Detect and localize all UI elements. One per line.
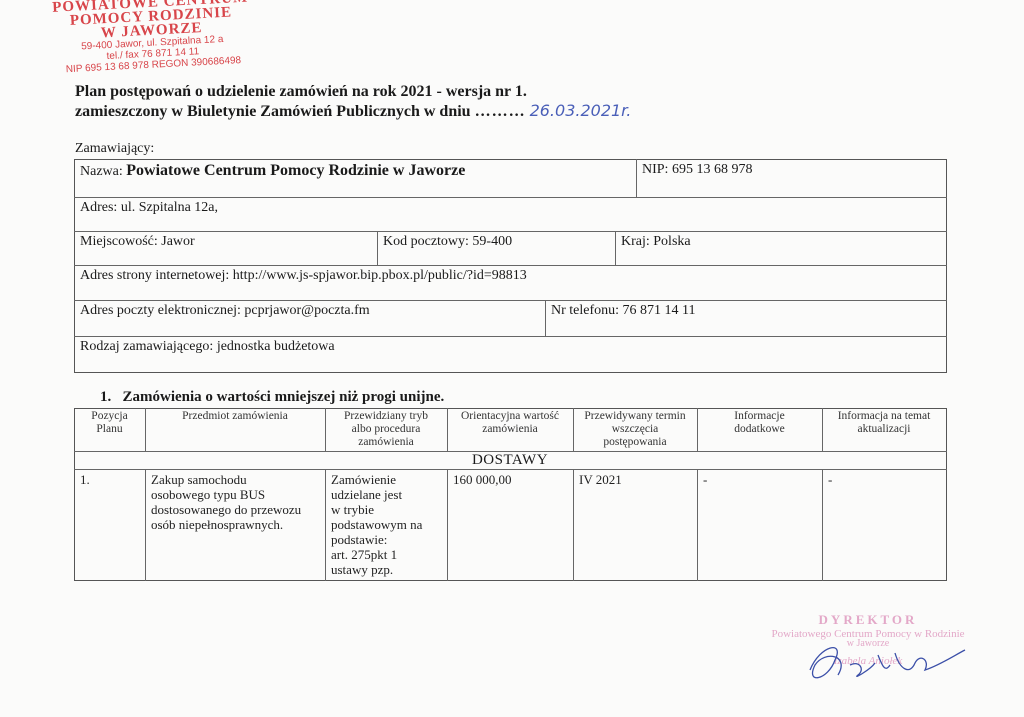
name-value: Powiatowe Centrum Pomocy Rodzinie w Jawo… [126,162,465,179]
cell-additional-info: - [703,472,820,487]
city-field: Miejscowość: Jawor [80,234,195,250]
col-divider [697,469,698,581]
row-divider [74,336,947,337]
address-field: Adres: ul. Szpitalna 12a, [80,200,218,216]
col-divider [447,469,448,581]
institution-stamp: POWIATOWE CENTRUM POMOCY RODZINIE W JAWO… [30,0,274,77]
column-header: Przewidywany termin wszczęcia postępowan… [573,410,697,449]
col-divider [325,469,326,581]
group-divider [74,469,947,470]
date-dots: ……… [475,103,526,120]
title-line-2-text: zamieszczony w Biuletynie Zamówień Publi… [75,103,471,120]
cell-position: 1. [80,472,143,487]
handwritten-signature-icon [790,635,970,695]
contracting-authority-label: Zamawiający: [75,141,154,157]
authority-type-field: Rodzaj zamawiającego: jednostka budżetow… [80,339,335,355]
row-divider [74,231,947,232]
col-divider [145,469,146,581]
column-header: Informacje dodatkowe [697,410,822,436]
website-field: Adres strony internetowej: http://www.js… [80,268,527,284]
email-field: Adres poczty elektronicznej: pcprjawor@p… [80,303,370,319]
column-header: Przewidziany tryb albo procedura zamówie… [325,410,447,449]
column-header: Orientacyjna wartość zamówienia [447,410,573,436]
title-line-1: Plan postępowań o udzielenie zamówień na… [75,82,631,101]
row-divider [74,197,947,198]
column-header: Informacja na temat aktualizacji [822,410,946,436]
name-field: Nazwa: Powiatowe Centrum Pomocy Rodzinie… [80,162,465,180]
postal-code-field: Kod pocztowy: 59-400 [383,234,512,250]
col-divider [573,469,574,581]
cell-value: 160 000,00 [453,472,571,487]
row-divider [74,265,947,266]
col-divider [636,159,637,197]
cell-procedure: Zamówienie udzielane jest w trybie podst… [331,472,445,577]
cell-subject: Zakup samochodu osobowego typu BUS dosto… [151,472,323,532]
col-divider [822,469,823,581]
country-field: Kraj: Polska [621,234,691,250]
cell-update-info: - [828,472,944,487]
row-divider [74,300,947,301]
signature-title: DYREKTOR [758,612,978,628]
column-header: Przedmiot zamówienia [145,410,325,423]
phone-field: Nr telefonu: 76 871 14 11 [551,303,696,319]
column-header: Pozycja Planu [74,410,145,436]
group-label-dostawy: DOSTAWY [447,452,573,469]
section-title: 1. Zamówienia o wartości mniejszej niż p… [100,389,444,406]
col-divider [377,231,378,265]
handwritten-date: 26.03.2021r. [530,101,632,120]
name-label: Nazwa: [80,164,123,179]
col-divider [545,300,546,336]
document-title: Plan postępowań o udzielenie zamówień na… [75,82,631,121]
col-divider [615,231,616,265]
title-line-2: zamieszczony w Biuletynie Zamówień Publi… [75,101,631,121]
cell-start-term: IV 2021 [579,472,695,487]
nip-field: NIP: 695 13 68 978 [642,162,752,178]
